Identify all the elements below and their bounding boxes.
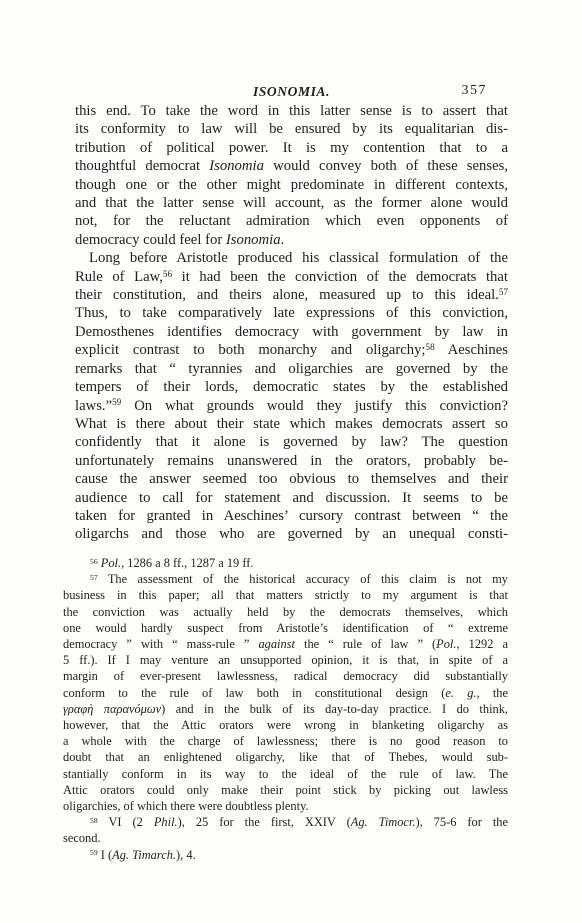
text-line: thoughtful democrat Isonomia would conve…: [75, 157, 508, 175]
text-line: business in this paper; all that matters…: [63, 587, 508, 603]
footnote-reference: 58: [426, 342, 435, 352]
text-line: cause the answer seemed too obvious to t…: [75, 470, 508, 488]
text-line: laws.”59 On what grounds would they just…: [75, 397, 508, 415]
footnote-reference: 56: [163, 269, 172, 279]
text-line: though one or the other might predominat…: [75, 176, 508, 194]
text-line: 57 The assessment of the historical accu…: [63, 571, 508, 587]
text-line: not, for the reluctant admiration which …: [75, 212, 508, 230]
text-line: Attic orators could only make their poin…: [63, 782, 508, 798]
text-line: explicit contrast to both monarchy and o…: [75, 341, 508, 359]
text-line: second.: [63, 830, 508, 846]
footnote-reference: 57: [499, 287, 508, 297]
text-line: 56 Pol., 1286 a 8 ff., 1287 a 19 ff.: [63, 555, 508, 571]
page-header: ISONOMIA. 357: [75, 84, 508, 101]
text-line: 5 ff.). If I may venture an unsupported …: [63, 652, 508, 668]
text-line: tempers of their lords, democratic state…: [75, 378, 508, 396]
body-paragraph: this end. To take the word in this latte…: [75, 102, 508, 249]
text-line: tribution of political power. It is my c…: [75, 139, 508, 157]
footnote: 59 I (Ag. Timarch.), 4.: [63, 847, 508, 863]
text-line: γραφὴ παρανόμων) and in the bulk of its …: [63, 701, 508, 717]
footnote: 58 VI (2 Phil.), 25 for the first, XXIV …: [63, 814, 508, 846]
text-line: remarks that “ tyrannies and oligarchies…: [75, 360, 508, 378]
text-line: Long before Aristotle produced his class…: [75, 249, 508, 267]
footnote-reference: 56: [90, 557, 98, 566]
footnote-reference: 57: [90, 573, 98, 582]
text-line: oligarchies, of which there were doubtle…: [63, 798, 508, 814]
text-line: Thus, to take comparatively late express…: [75, 304, 508, 322]
text-line: its conformity to law will be ensured by…: [75, 120, 508, 138]
footnote: 56 Pol., 1286 a 8 ff., 1287 a 19 ff.: [63, 555, 508, 571]
text-line: taken for granted in Aeschines’ cursory …: [75, 507, 508, 525]
footnotes: 56 Pol., 1286 a 8 ff., 1287 a 19 ff.57 T…: [63, 555, 508, 863]
text-line: one would hardly suspect from Aristotle’…: [63, 620, 508, 636]
text-line: What is there about their state which ma…: [75, 415, 508, 433]
text-line: oligarchs and those who are governed by …: [75, 525, 508, 543]
text-line: stantially conform in its way to the ide…: [63, 766, 508, 782]
scanned-page: ISONOMIA. 357 this end. To take the word…: [0, 0, 582, 923]
text-line: Demosthenes identifies democracy with go…: [75, 323, 508, 341]
text-line: audience to call for statement and discu…: [75, 489, 508, 507]
text-line: democracy could feel for Isonomia.: [75, 231, 508, 249]
text-line: however, that the Attic orators were wro…: [63, 717, 508, 733]
footnote: 57 The assessment of the historical accu…: [63, 571, 508, 814]
text-line: Rule of Law,56 it had been the convictio…: [75, 268, 508, 286]
text-line: conform to the rule of law both in const…: [63, 685, 508, 701]
text-line: 58 VI (2 Phil.), 25 for the first, XXIV …: [63, 814, 508, 830]
text-line: their constitution, and theirs alone, me…: [75, 286, 508, 304]
text-line: doubt that an enlightened oligarchy, lik…: [63, 749, 508, 765]
text-line: confidently that it alone is governed by…: [75, 433, 508, 451]
text-line: a whole with the charge of lawlessness; …: [63, 733, 508, 749]
text-line: 59 I (Ag. Timarch.), 4.: [63, 847, 508, 863]
body-paragraph: Long before Aristotle produced his class…: [75, 249, 508, 544]
footnote-reference: 58: [90, 816, 98, 825]
text-line: and that the latter sense will account, …: [75, 194, 508, 212]
running-title: ISONOMIA.: [75, 84, 508, 100]
body-text: this end. To take the word in this latte…: [75, 102, 508, 544]
page-number: 357: [462, 83, 488, 99]
text-line: margin of ever-present lawlessness, radi…: [63, 668, 508, 684]
text-line: unfortunately remains unanswered in the …: [75, 452, 508, 470]
footnote-reference: 59: [90, 848, 98, 857]
text-line: the conviction was actually held by the …: [63, 604, 508, 620]
text-line: this end. To take the word in this latte…: [75, 102, 508, 120]
text-line: democracy ” with “ mass-rule ” against t…: [63, 636, 508, 652]
footnote-reference: 59: [112, 397, 121, 407]
